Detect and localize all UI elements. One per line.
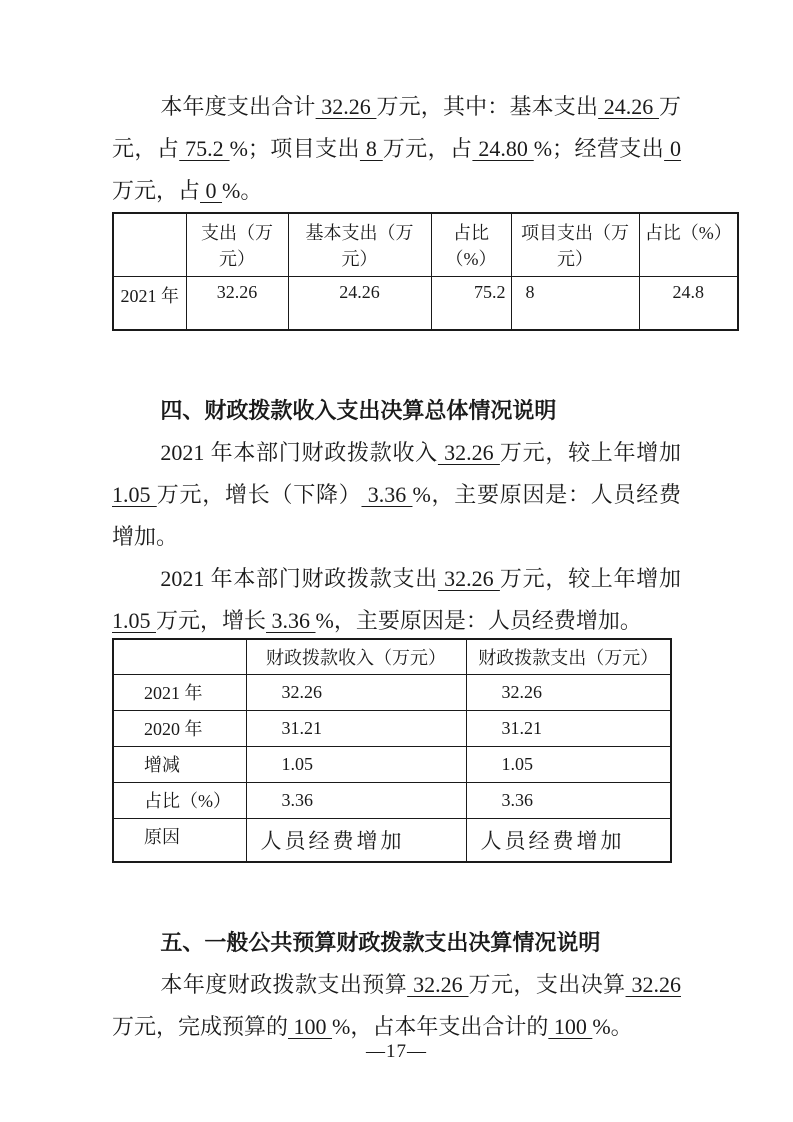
cell: 75.2 bbox=[431, 277, 511, 330]
cell: 24.26 bbox=[288, 277, 431, 330]
column-header: 占比（%） bbox=[431, 213, 511, 277]
cell: 32.26 bbox=[246, 674, 466, 710]
column-header bbox=[113, 639, 246, 675]
cell: 人员经费增加 bbox=[466, 818, 671, 862]
text-run: %，占本年支出合计的 bbox=[332, 1014, 548, 1039]
text-run: 万元，增长 bbox=[156, 608, 266, 633]
text-run: 万元，较上年增加 bbox=[500, 440, 681, 465]
row-header: 原因 bbox=[113, 818, 246, 862]
row-header: 2021 年 bbox=[113, 277, 186, 330]
text-run: %；项目支出 bbox=[230, 136, 360, 161]
column-header: 项目支出（万元） bbox=[511, 213, 639, 277]
header-row: 支出（万元）基本支出（万元）占比（%）项目支出（万元）占比（%） bbox=[113, 213, 738, 277]
column-header: 占比（%） bbox=[639, 213, 738, 277]
cell: 1.05 bbox=[466, 746, 671, 782]
table-row: 增减1.051.05 bbox=[113, 746, 671, 782]
underlined-value: 1.05 bbox=[112, 482, 157, 507]
cell: 3.36 bbox=[246, 782, 466, 818]
column-header bbox=[113, 213, 186, 277]
cell: 31.21 bbox=[466, 710, 671, 746]
text-run: %，主要原因是：人员经费增加。 bbox=[316, 608, 642, 633]
paragraph-budget-completion: 本年度财政拨款支出预算 32.26 万元，支出决算 32.26 万元，完成预算的… bbox=[112, 964, 681, 1048]
row-header: 占比（%） bbox=[113, 782, 246, 818]
column-header: 支出（万元） bbox=[186, 213, 288, 277]
row-header: 2021 年 bbox=[113, 674, 246, 710]
column-header: 财政拨款收入（万元） bbox=[246, 639, 466, 675]
annual-expense-table: 支出（万元）基本支出（万元）占比（%）项目支出（万元）占比（%）2021 年32… bbox=[112, 212, 739, 331]
paragraph-appropriation-income: 2021 年本部门财政拨款收入 32.26 万元，较上年增加 1.05 万元，增… bbox=[112, 432, 681, 558]
document-page: 本年度支出合计 32.26 万元，其中：基本支出 24.26 万元，占 75.2… bbox=[0, 0, 793, 1122]
table-row: 2021 年32.2632.26 bbox=[113, 674, 671, 710]
underlined-value: 3.36 bbox=[361, 482, 412, 507]
cell: 32.26 bbox=[186, 277, 288, 330]
row-header: 增减 bbox=[113, 746, 246, 782]
underlined-value: 8 bbox=[360, 136, 383, 161]
text-run: 本年度财政拨款支出预算 bbox=[160, 972, 407, 997]
underlined-value: 75.2 bbox=[179, 136, 229, 161]
row-header: 2020 年 bbox=[113, 710, 246, 746]
text-run: %。 bbox=[222, 178, 262, 203]
text-run: 万元，增长（下降） bbox=[157, 482, 362, 507]
paragraph-appropriation-expense: 2021 年本部门财政拨款支出 32.26 万元，较上年增加 1.05 万元，增… bbox=[112, 558, 681, 642]
underlined-value: 32.26 bbox=[316, 94, 377, 119]
table-row: 原因人员经费增加人员经费增加 bbox=[113, 818, 671, 862]
underlined-value: 100 bbox=[548, 1014, 592, 1039]
text-run: 万元，较上年增加 bbox=[500, 566, 681, 591]
text-run: 2021 年本部门财政拨款支出 bbox=[160, 566, 438, 591]
table-row: 2020 年31.2131.21 bbox=[113, 710, 671, 746]
cell: 8 bbox=[511, 277, 639, 330]
underlined-value: 32.26 bbox=[438, 566, 500, 591]
text-run: 万元，占 bbox=[112, 178, 200, 203]
text-run: %；经营支出 bbox=[534, 136, 664, 161]
column-header: 财政拨款支出（万元） bbox=[466, 639, 671, 675]
header-row: 财政拨款收入（万元）财政拨款支出（万元） bbox=[113, 639, 671, 675]
text-run: 万元，完成预算的 bbox=[112, 1014, 288, 1039]
text-run: %。 bbox=[592, 1014, 632, 1039]
underlined-value: 3.36 bbox=[266, 608, 316, 633]
cell: 3.36 bbox=[466, 782, 671, 818]
underlined-value: 24.80 bbox=[472, 136, 533, 161]
section4-heading: 四、财政拨款收入支出决算总体情况说明 bbox=[112, 389, 681, 432]
underlined-value: 100 bbox=[288, 1014, 332, 1039]
table-row: 占比（%）3.363.36 bbox=[113, 782, 671, 818]
underlined-value: 32.26 bbox=[407, 972, 468, 997]
cell: 31.21 bbox=[246, 710, 466, 746]
cell: 1.05 bbox=[246, 746, 466, 782]
underlined-value: 32.26 bbox=[626, 972, 681, 997]
paragraph-expense-summary: 本年度支出合计 32.26 万元，其中：基本支出 24.26 万元，占 75.2… bbox=[112, 86, 681, 212]
text-run: 万元，其中：基本支出 bbox=[376, 94, 598, 119]
underlined-value: 0 bbox=[200, 178, 222, 203]
page-number: —17— bbox=[0, 1041, 793, 1063]
cell: 人员经费增加 bbox=[246, 818, 466, 862]
underlined-value: 0 bbox=[664, 136, 681, 161]
table-row: 2021 年32.2624.2675.2824.8 bbox=[113, 277, 738, 330]
text-run: 万元，支出决算 bbox=[469, 972, 626, 997]
underlined-value: 1.05 bbox=[112, 608, 156, 633]
fiscal-appropriation-table: 财政拨款收入（万元）财政拨款支出（万元）2021 年32.2632.262020… bbox=[112, 638, 672, 864]
cell: 32.26 bbox=[466, 674, 671, 710]
underlined-value: 24.26 bbox=[598, 94, 659, 119]
section5-heading: 五、一般公共预算财政拨款支出决算情况说明 bbox=[112, 921, 681, 964]
text-run: 2021 年本部门财政拨款收入 bbox=[160, 440, 438, 465]
text-run: 万元，占 bbox=[383, 136, 473, 161]
text-run: 本年度支出合计 bbox=[160, 94, 315, 119]
cell: 24.8 bbox=[639, 277, 738, 330]
underlined-value: 32.26 bbox=[438, 440, 500, 465]
column-header: 基本支出（万元） bbox=[288, 213, 431, 277]
